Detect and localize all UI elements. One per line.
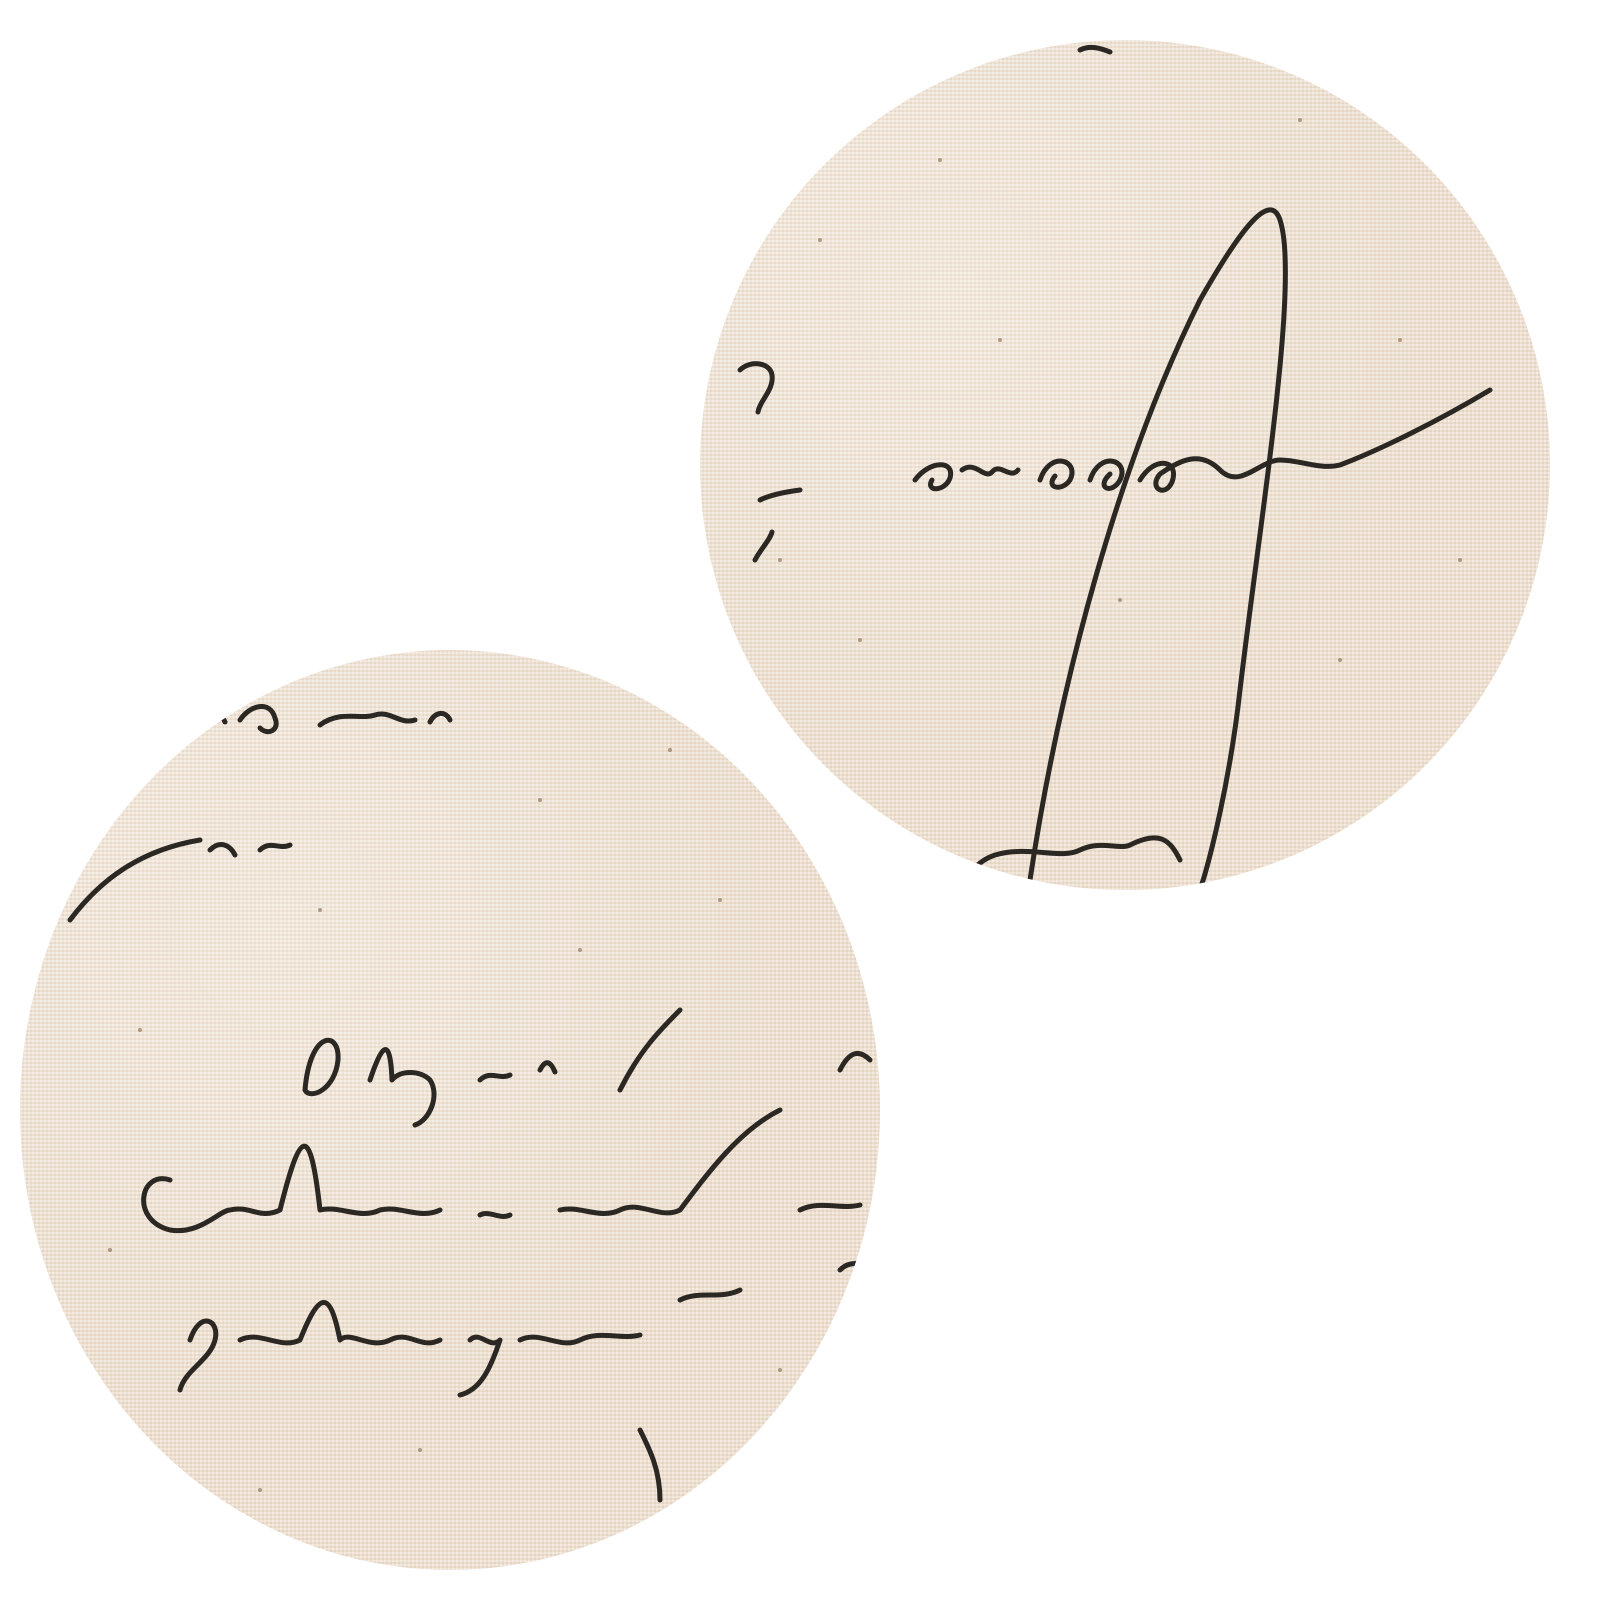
script-pattern-bottom (20, 650, 880, 1570)
coaster-bottom-left (20, 650, 880, 1570)
